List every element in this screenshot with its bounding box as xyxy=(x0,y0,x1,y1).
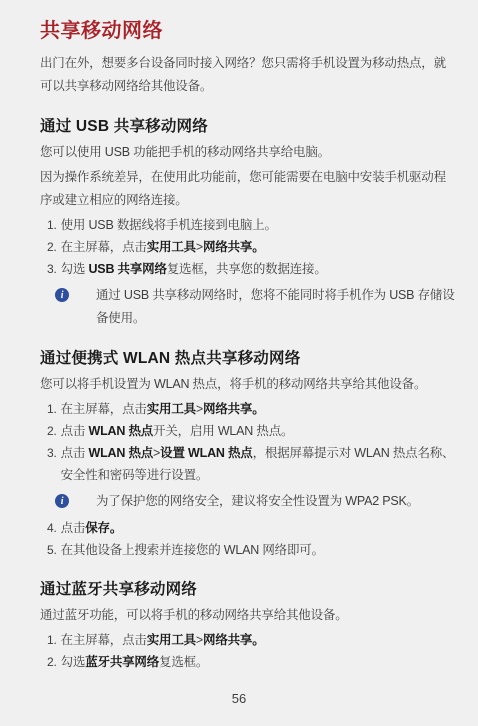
step-text: 勾选蓝牙共享网络复选框。 xyxy=(61,651,455,673)
step-number: 3. xyxy=(40,442,57,486)
info-note: i 为了保护您的网络安全，建议将安全性设置为 WPA2 PSK。 xyxy=(40,490,455,513)
step-number: 4. xyxy=(40,517,57,539)
step-text: 在主屏幕，点击实用工具>网络共享。 xyxy=(61,629,455,651)
body-paragraph: 通过蓝牙功能，可以将手机的移动网络共享给其他设备。 xyxy=(40,604,455,627)
step-list: 1.使用 USB 数据线将手机连接到电脑上。 2.在主屏幕，点击实用工具>网络共… xyxy=(40,214,455,280)
section-bluetooth-sharing: 通过蓝牙共享移动网络 通过蓝牙功能，可以将手机的移动网络共享给其他设备。 1.在… xyxy=(40,577,455,673)
step-number: 1. xyxy=(40,214,57,236)
step-item: 3.点击 WLAN 热点>设置 WLAN 热点，根据屏幕提示对 WLAN 热点名… xyxy=(40,442,455,486)
step-text: 勾选 USB 共享网络复选框，共享您的数据连接。 xyxy=(61,258,455,280)
step-number: 2. xyxy=(40,236,57,258)
step-item: 5.在其他设备上搜索并连接您的 WLAN 网络即可。 xyxy=(40,539,455,561)
step-number: 2. xyxy=(40,651,57,673)
step-number: 5. xyxy=(40,539,57,561)
step-item: 4.点击保存。 xyxy=(40,517,455,539)
step-item: 2.点击 WLAN 热点开关，启用 WLAN 热点。 xyxy=(40,420,455,442)
step-list: 1.在主屏幕，点击实用工具>网络共享。 2.点击 WLAN 热点开关，启用 WL… xyxy=(40,398,455,561)
step-text: 点击 WLAN 热点>设置 WLAN 热点，根据屏幕提示对 WLAN 热点名称、… xyxy=(61,442,455,486)
manual-page: 共享移动网络 出门在外，想要多台设备同时接入网络？您只需将手机设置为移动热点，就… xyxy=(0,0,478,673)
step-text: 在主屏幕，点击实用工具>网络共享。 xyxy=(61,398,455,420)
body-paragraph: 因为操作系统差异，在使用此功能前，您可能需要在电脑中安装手机驱动程序或建立相应的… xyxy=(40,166,455,212)
step-text: 使用 USB 数据线将手机连接到电脑上。 xyxy=(61,214,455,236)
note-text: 通过 USB 共享移动网络时，您将不能同时将手机作为 USB 存储设备使用。 xyxy=(96,284,455,330)
section-usb-sharing: 通过 USB 共享移动网络 您可以使用 USB 功能把手机的移动网络共享给电脑。… xyxy=(40,114,455,330)
step-item: 2.勾选蓝牙共享网络复选框。 xyxy=(40,651,455,673)
info-icon: i xyxy=(55,494,69,508)
step-item: 2.在主屏幕，点击实用工具>网络共享。 xyxy=(40,236,455,258)
step-list: 1.在主屏幕，点击实用工具>网络共享。 2.勾选蓝牙共享网络复选框。 xyxy=(40,629,455,673)
step-number: 1. xyxy=(40,398,57,420)
page-title: 共享移动网络 xyxy=(40,14,455,43)
page-number: 56 xyxy=(0,691,478,706)
info-icon: i xyxy=(55,288,69,302)
info-note: i 通过 USB 共享移动网络时，您将不能同时将手机作为 USB 存储设备使用。 xyxy=(40,284,455,330)
body-paragraph: 您可以将手机设置为 WLAN 热点，将手机的移动网络共享给其他设备。 xyxy=(40,373,455,396)
step-number: 1. xyxy=(40,629,57,651)
step-text: 在其他设备上搜索并连接您的 WLAN 网络即可。 xyxy=(61,539,455,561)
step-item: 1.在主屏幕，点击实用工具>网络共享。 xyxy=(40,629,455,651)
section-heading-bluetooth: 通过蓝牙共享移动网络 xyxy=(40,577,455,599)
note-text: 为了保护您的网络安全，建议将安全性设置为 WPA2 PSK。 xyxy=(96,490,455,513)
section-wlan-hotspot: 通过便携式 WLAN 热点共享移动网络 您可以将手机设置为 WLAN 热点，将手… xyxy=(40,346,455,561)
step-item: 3.勾选 USB 共享网络复选框，共享您的数据连接。 xyxy=(40,258,455,280)
step-text: 在主屏幕，点击实用工具>网络共享。 xyxy=(61,236,455,258)
step-number: 2. xyxy=(40,420,57,442)
body-paragraph: 您可以使用 USB 功能把手机的移动网络共享给电脑。 xyxy=(40,141,455,164)
section-heading-wlan: 通过便携式 WLAN 热点共享移动网络 xyxy=(40,346,455,368)
step-text: 点击保存。 xyxy=(61,517,455,539)
step-item: 1.在主屏幕，点击实用工具>网络共享。 xyxy=(40,398,455,420)
step-number: 3. xyxy=(40,258,57,280)
step-text: 点击 WLAN 热点开关，启用 WLAN 热点。 xyxy=(61,420,455,442)
step-item: 1.使用 USB 数据线将手机连接到电脑上。 xyxy=(40,214,455,236)
intro-paragraph: 出门在外，想要多台设备同时接入网络？您只需将手机设置为移动热点，就可以共享移动网… xyxy=(40,52,455,98)
section-heading-usb: 通过 USB 共享移动网络 xyxy=(40,114,455,136)
